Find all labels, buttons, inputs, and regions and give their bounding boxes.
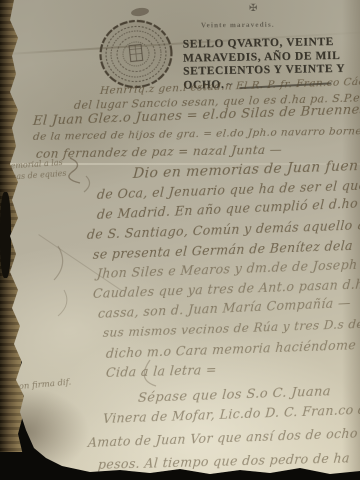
margin-note: con firma dif.	[14, 378, 72, 393]
manuscript-page: ✠ Veinte maravedis. SELLO QVARTO, VEINTE…	[0, 0, 360, 480]
handwritten-line: pesos. Al tiempo que dos pedro de ha	[97, 450, 350, 472]
handwritten-line: de la merced de hijos de gra. = el.do Jp…	[32, 125, 360, 143]
handwritten-line: con fernandez de paz = nazal Junta —	[35, 143, 282, 161]
handwritten-line: Sépase que los S.o C. Juana	[137, 384, 331, 406]
handwritten-line: dicho m.o Cara memoria haciéndome	[105, 337, 356, 361]
printer-cross-icon: ✠	[249, 3, 257, 14]
handwritten-line: Amato de Juan Vor que ansí dos de ocho	[87, 426, 358, 450]
handwritten-line: Cida a la letra =	[105, 362, 217, 380]
stamp-small-print: Veinte maravedis.	[201, 21, 275, 30]
paper-scratch	[38, 234, 121, 291]
edge-shadow	[0, 192, 11, 278]
handwritten-line: sus mismos vecinos de Rúa y tres D.s de …	[103, 316, 360, 340]
